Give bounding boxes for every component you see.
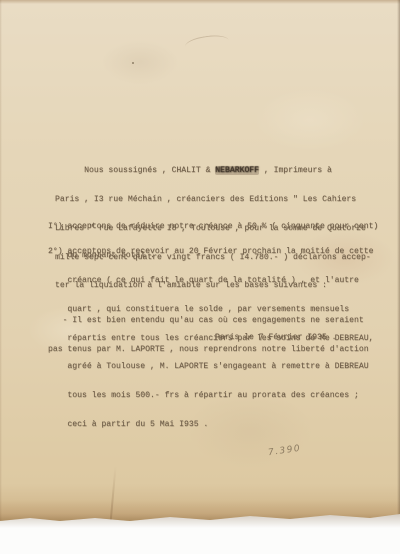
dateline: Paris le 7 Février I935 . [215, 333, 336, 343]
paper-left-edge [0, 0, 2, 520]
text-line: Nous soussignés , CHALIT & NEBARKOFF , I… [55, 166, 371, 176]
scanned-letter-page: Nous soussignés , CHALIT & NEBARKOFF , I… [0, 0, 400, 554]
paper-sheet: Nous soussignés , CHALIT & NEBARKOFF , I… [0, 0, 400, 526]
overstruck-name: NEBARKOFF [215, 166, 259, 175]
paper-scratch [184, 33, 230, 54]
paper-speck [132, 62, 134, 64]
text-line: - Il est bien entendu qu'au cas où ces e… [48, 316, 369, 326]
text-line: pas tenus par M. LAPORTE , nous reprendr… [48, 345, 369, 355]
text-line: tous les mois 500.- frs à répartir au pr… [48, 391, 373, 401]
text-line: ceci à partir du 5 Mai I935 . [48, 420, 373, 430]
paper-top-edge [0, 0, 400, 4]
intro-line1-prefix: Nous soussignés , CHALIT & [55, 166, 215, 175]
text-line: 2°) acceptons de recevoir au 20 Février … [48, 247, 373, 257]
intro-line1-suffix: , Imprimeurs à [259, 166, 332, 175]
text-line: créance ( ce qui fait le quart de la tot… [48, 276, 373, 286]
